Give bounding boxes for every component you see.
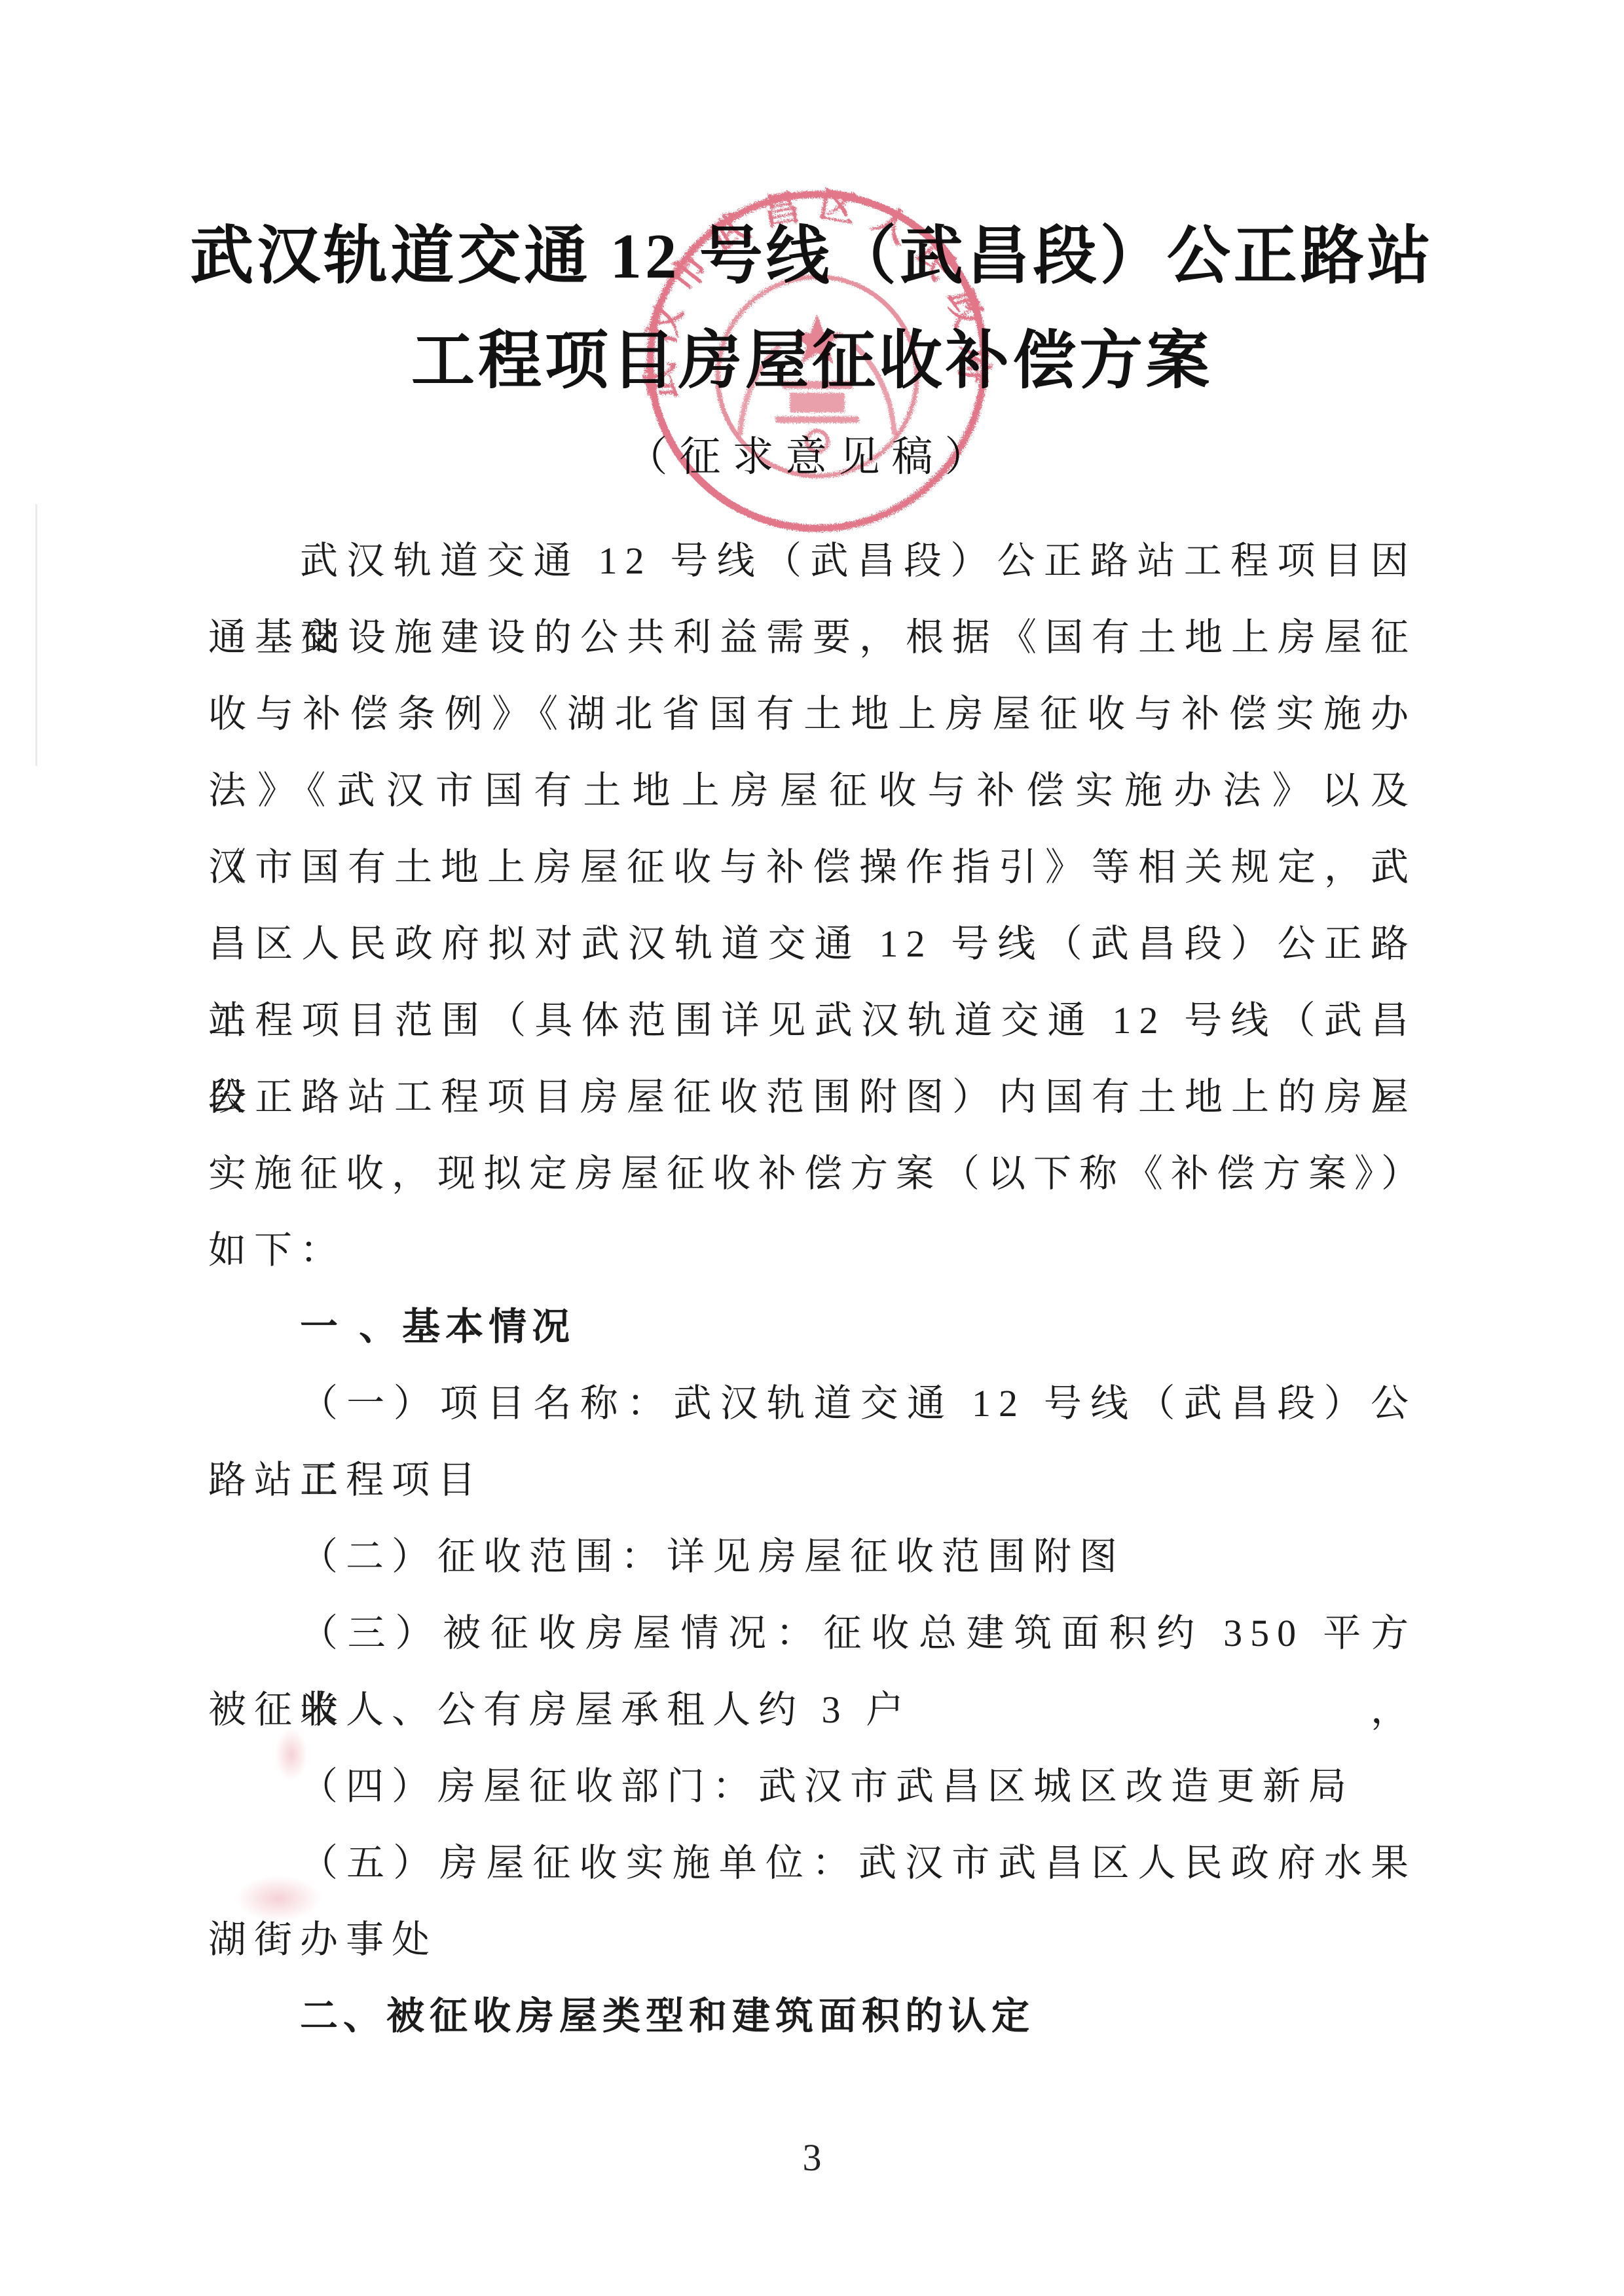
document-body: 武汉轨道交通 12 号线（武昌段）公正路站工程项目因交通基础设施建设的公共利益需…: [208, 522, 1416, 2054]
scan-artifact: [35, 504, 37, 766]
page-number: 3: [0, 2136, 1624, 2179]
body-line: 工程项目范围（具体范围详见武汉轨道交通 12 号线（武昌段）: [208, 982, 1416, 1059]
body-line: 武汉轨道交通 12 号线（武昌段）公正路站工程项目因交: [208, 522, 1416, 599]
body-line: 二、被征收房屋类型和建筑面积的认定: [208, 1978, 1416, 2054]
document-title: 武汉轨道交通 12 号线（武昌段）公正路站 工程项目房屋征收补偿方案: [0, 204, 1624, 414]
body-line: （五）房屋征收实施单位：武汉市武昌区人民政府水果: [208, 1825, 1416, 1901]
title-line-2: 工程项目房屋征收补偿方案: [0, 309, 1624, 414]
seal-emblem-gate: [775, 416, 859, 423]
body-line: 汉市国有土地上房屋征收与补偿操作指引》等相关规定，武: [208, 829, 1416, 905]
body-line: （三）被征收房屋情况：征收总建筑面积约 350 平方米，: [208, 1595, 1416, 1671]
body-line: 通基础设施建设的公共利益需要，根据《国有土地上房屋征: [208, 599, 1416, 676]
body-line: 一 、基本情况: [208, 1288, 1416, 1365]
body-line: 路站工程项目: [208, 1442, 1416, 1518]
title-line-1: 武汉轨道交通 12 号线（武昌段）公正路站: [0, 204, 1624, 309]
body-line: 实施征收，现拟定房屋征收补偿方案（以下称《补偿方案》）: [208, 1135, 1416, 1212]
body-line: （四）房屋征收部门：武汉市武昌区城区改造更新局: [208, 1748, 1416, 1825]
body-line: 昌区人民政府拟对武汉轨道交通 12 号线（武昌段）公正路站: [208, 905, 1416, 982]
body-line: 公正路站工程项目房屋征收范围附图）内国有土地上的房屋: [208, 1059, 1416, 1135]
body-line: 湖街办事处: [208, 1901, 1416, 1978]
body-line: 法》《武汉市国有土地上房屋征收与补偿实施办法》以及《武: [208, 752, 1416, 829]
body-line: （一）项目名称：武汉轨道交通 12 号线（武昌段）公正: [208, 1365, 1416, 1442]
body-line: 收与补偿条例》《湖北省国有土地上房屋征收与补偿实施办: [208, 676, 1416, 752]
document-page: 武汉市武昌区人民政府 武汉轨道交通 12 号线（武昌段）公正路站 工程项目房屋征…: [0, 0, 1624, 2296]
body-line: 如下：: [208, 1212, 1416, 1288]
document-subtitle: （征求意见稿）: [0, 424, 1624, 490]
body-line: （二）征收范围：详见房屋征收范围附图: [208, 1518, 1416, 1595]
